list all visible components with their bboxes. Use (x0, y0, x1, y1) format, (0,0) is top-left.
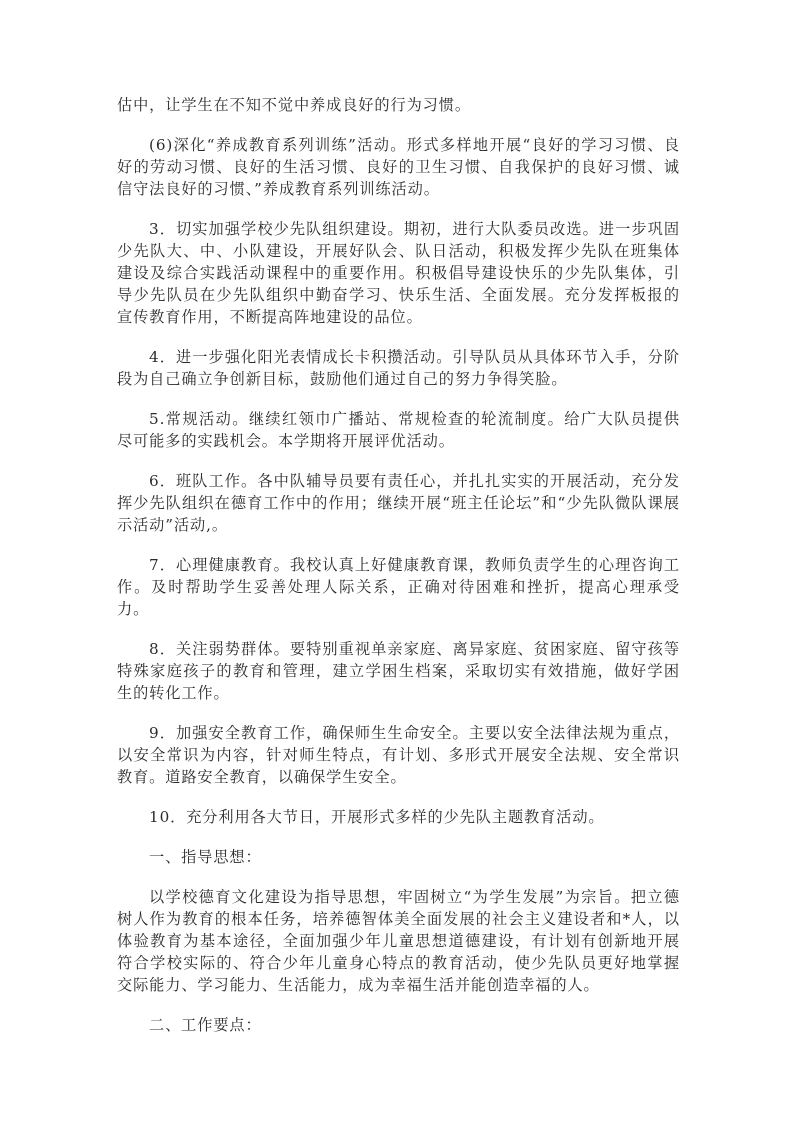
document-page: 估中，让学生在不知不觉中养成良好的行为习惯。 (6)深化“养成教育系列训练”活动… (117, 94, 680, 1054)
paragraph-item-6-class: 6．班队工作。各中队辅导员要有责任心，并扎扎实实的开展活动，充分发挥少先队组织在… (117, 470, 680, 536)
paragraph-item-8: 8．关注弱势群体。要特别重视单亲家庭、离异家庭、贫困家庭、留守孩等特殊家庭孩子的… (117, 638, 680, 704)
paragraph-item-10: 10．充分利用各大节日，开展形式多样的少先队主题教育活动。 (117, 806, 680, 828)
paragraph-item-6: (6)深化“养成教育系列训练”活动。形式多样地开展“良好的学习习惯、良好的劳动习… (117, 134, 680, 200)
section-body-guiding-ideology: 以学校德育文化建设为指导思想，牢固树立“为学生发展”为宗旨。把立德树人作为教育的… (117, 886, 680, 996)
paragraph-item-7: 7．心理健康教育。我校认真上好健康教育课，教师负责学生的心理咨询工作。及时帮助学… (117, 554, 680, 620)
paragraph-continuation: 估中，让学生在不知不觉中养成良好的行为习惯。 (117, 94, 680, 116)
paragraph-item-4: 4．进一步强化阳光表情成长卡积攒活动。引导队员从具体环节入手，分阶段为自己确立争… (117, 346, 680, 390)
section-heading-work-points: 二、工作要点： (117, 1014, 680, 1036)
paragraph-item-3: 3．切实加强学校少先队组织建设。期初，进行大队委员改选。进一步巩固少先队大、中、… (117, 218, 680, 328)
section-heading-guiding-ideology: 一、指导思想： (117, 846, 680, 868)
paragraph-item-9: 9．加强安全教育工作，确保师生生命安全。主要以安全法律法规为重点，以安全常识为内… (117, 722, 680, 788)
paragraph-item-5: 5.常规活动。继续红领巾广播站、常规检查的轮流制度。给广大队员提供尽可能多的实践… (117, 408, 680, 452)
